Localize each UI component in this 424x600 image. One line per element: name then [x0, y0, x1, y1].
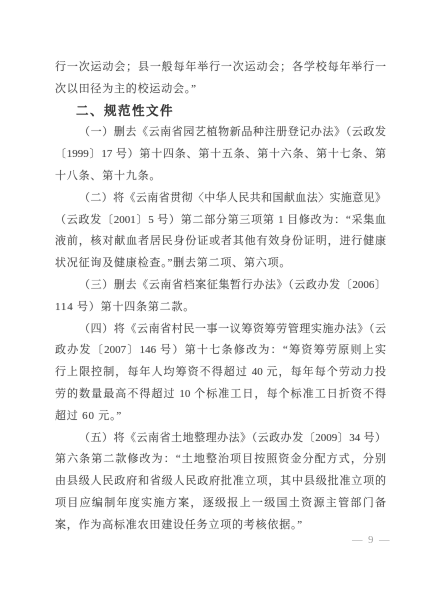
text-line: 超过 60 元。” — [55, 406, 386, 428]
text-line: 由县级人民政府和省级人民政府批准立项，其中县级批准立项的 — [55, 471, 386, 493]
text-line: 第六条第二款修改为：“土地整治项目按照资金分配方式，分别 — [55, 449, 386, 471]
text-line: 劳的数量最高不得超过 10 个标准工日，每个标准工日折资不得 — [55, 384, 386, 406]
text-line: 十八条、第十九条。 — [55, 166, 386, 188]
text-line: 政办发〔2007〕146 号）第十七条修改为：“筹资筹劳原则上实 — [55, 340, 386, 362]
section-heading: 二、规范性文件 — [55, 101, 386, 123]
text-line: 次以田径为主的校运动会。” — [55, 79, 386, 101]
text-line: 项目应编制年度实施方案，逐级报上一级国土资源主管部门备 — [55, 493, 386, 515]
text-line: 行一次运动会；县一般每年举行一次运动会；各学校每年举行一 — [55, 57, 386, 79]
text-line: 案，作为高标准农田建设任务立项的考核依据。” — [55, 515, 386, 537]
text-line: 114 号）第十四条第二款。 — [55, 297, 386, 319]
text-line: （二）将《云南省贯彻〈中华人民共和国献血法〉实施意见》 — [55, 188, 386, 210]
text-line: （云政发〔2001〕5 号）第二部分第三项第 1 目修改为：“采集血 — [55, 210, 386, 232]
text-line: 液前，核对献血者居民身份证或者其他有效身份证明，进行健康 — [55, 231, 386, 253]
text-line: （五）将《云南省土地整理办法》（云政办发〔2009〕34 号） — [55, 428, 386, 450]
document-body: 行一次运动会；县一般每年举行一次运动会；各学校每年举行一次以田径为主的校运动会。… — [55, 57, 386, 537]
text-line: （一）删去《云南省园艺植物新品种注册登记办法》（云政发 — [55, 122, 386, 144]
page-number: — 9 — — [352, 534, 391, 548]
text-line: （四）将《云南省村民一事一议筹资筹劳管理实施办法》（云 — [55, 319, 386, 341]
text-line: 〔1999〕17 号）第十四条、第十五条、第十六条、第十七条、第 — [55, 144, 386, 166]
text-line: 状况征询及健康检查。”删去第二项、第六项。 — [55, 253, 386, 275]
text-line: （三）删去《云南省档案征集暂行办法》（云政办发〔2006〕 — [55, 275, 386, 297]
document-page: 行一次运动会；县一般每年举行一次运动会；各学校每年举行一次以田径为主的校运动会。… — [0, 0, 424, 600]
text-line: 行上限控制，每年人均筹资不得超过 40 元，每年每个劳动力投 — [55, 362, 386, 384]
